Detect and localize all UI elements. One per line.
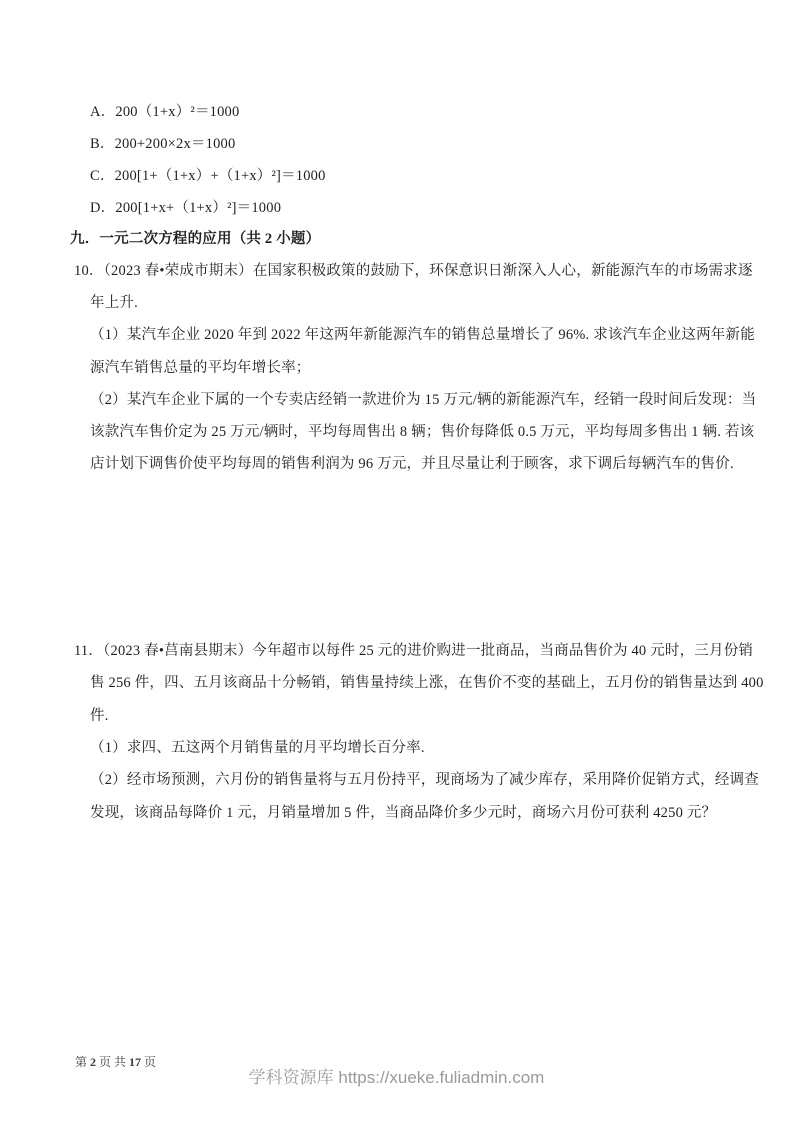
q10-line-1: 10．（2023 春•荣成市期末）在国家积极政策的鼓励下，环保意识日渐深入人心，… [74,261,753,281]
q10-part2-line-1: （2）某汽车企业下属的一个专卖店经销一款进价为 15 万元/辆的新能源汽车，经销… [90,390,756,410]
option-a: A．200（1+x）²＝1000 [90,102,239,122]
q11-line-1: 11．（2023 春•莒南县期末）今年超市以每件 25 元的进价购进一批商品，当… [74,641,753,661]
option-b: B．200+200×2x＝1000 [90,134,235,154]
exam-document-page: A．200（1+x）²＝1000 B．200+200×2x＝1000 C．200… [0,0,793,1122]
q10-part1-line-2: 源汽车销售总量的平均年增长率； [90,358,311,378]
section-heading: 九．一元二次方程的应用（共 2 小题） [70,229,320,249]
q11-line-2: 售 256 件，四、五月该商品十分畅销，销售量持续上涨，在售价不变的基础上，五月… [90,673,764,693]
watermark-link: 学科资源库 https://xueke.fuliadmin.com [0,1066,793,1090]
q10-part2-line-3: 店计划下调售价使平均每周的销售利润为 96 万元，并且尽量让利于顾客，求下调后每… [90,454,734,474]
q11-part1-line: （1）求四、五这两个月销售量的月平均增长百分率. [90,738,425,758]
q10-part1-line-1: （1）某汽车企业 2020 年到 2022 年这两年新能源汽车的销售总量增长了 … [90,325,755,345]
q11-part2-line-2: 发现，该商品每降价 1 元，月销量增加 5 件，当商品降价多少元时，商场六月份可… [90,803,716,823]
q11-line-3: 件. [90,706,109,726]
q11-part2-line-1: （2）经市场预测，六月份的销售量将与五月份持平，现商场为了减少库存，采用降价促销… [90,770,759,790]
q10-part2-line-2: 该款汽车售价定为 25 万元/辆时，平均每周售出 8 辆；售价每降低 0.5 万… [90,422,754,442]
option-d: D．200[1+x+（1+x）²]＝1000 [90,198,281,218]
q10-line-2: 年上升. [90,293,138,313]
option-c: C．200[1+（1+x）+（1+x）²]＝1000 [90,166,326,186]
